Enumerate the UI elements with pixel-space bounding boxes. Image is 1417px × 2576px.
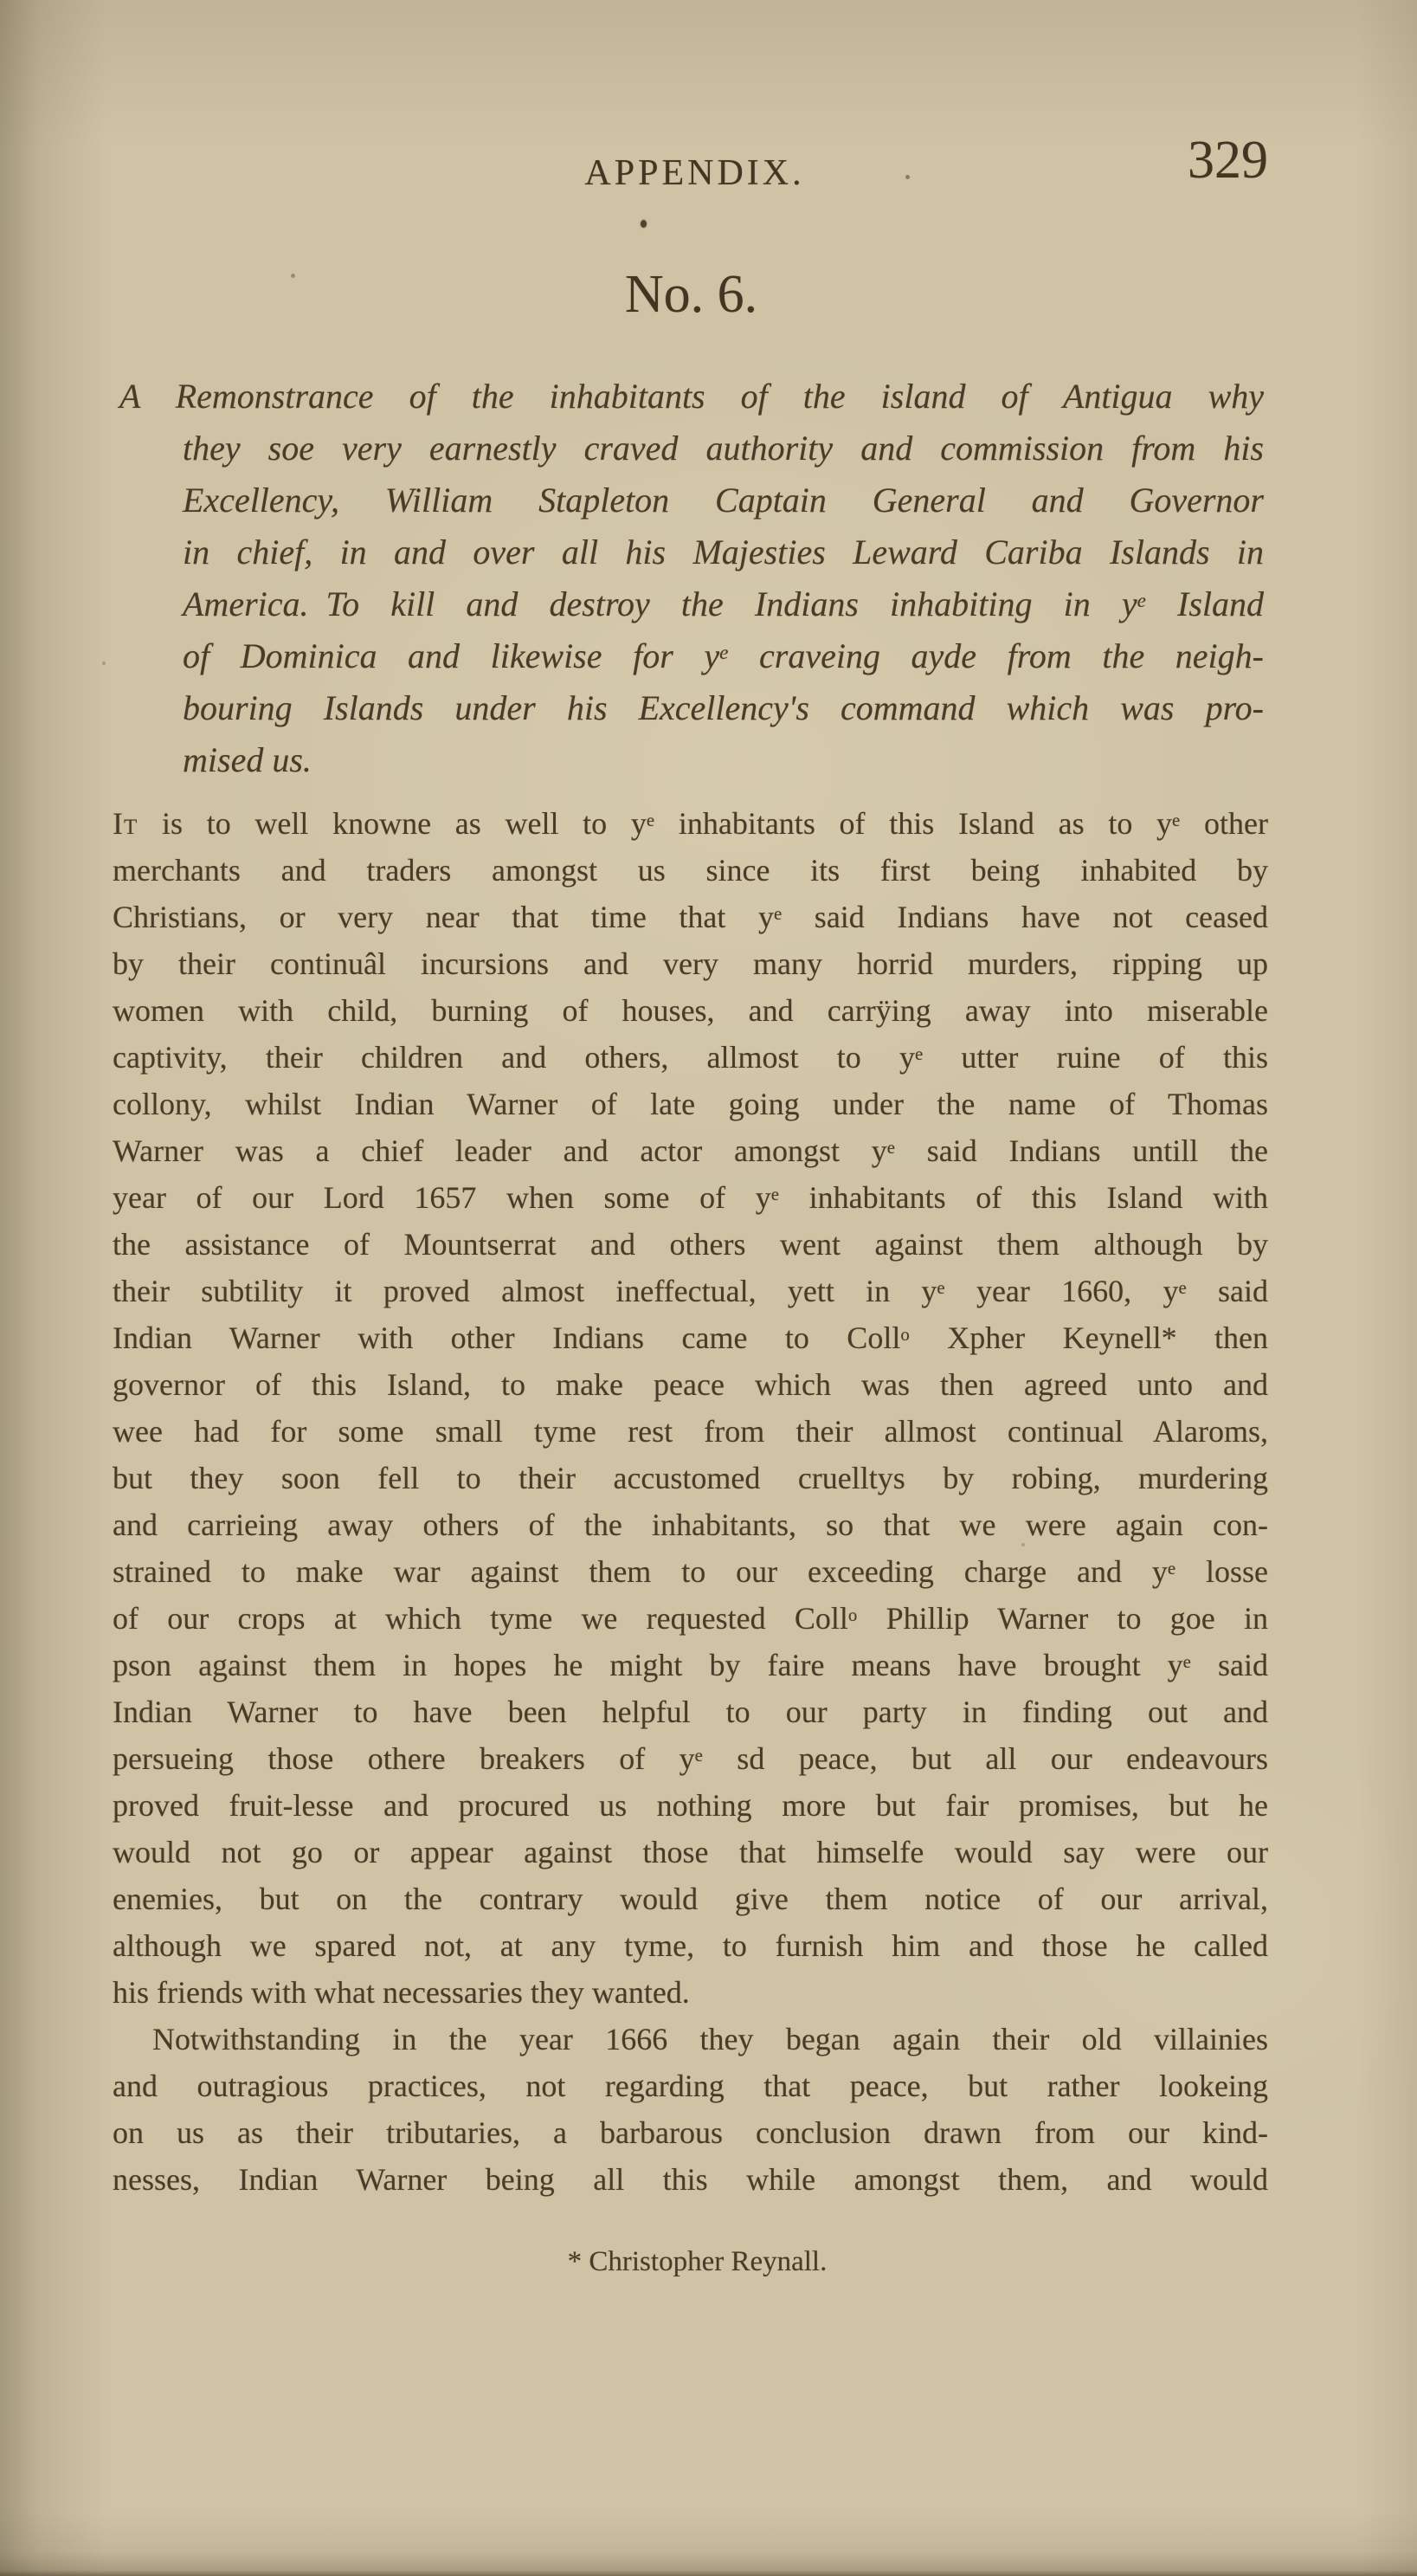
- text-line: of our crops at which tyme we requested …: [113, 1595, 1268, 1642]
- text-line: governor of this Island, to make peace w…: [113, 1361, 1268, 1408]
- book-page: APPENDIX. 329 No. 6. A Remonstrance of t…: [0, 0, 1417, 2576]
- text-line: merchants and traders amongst us since i…: [113, 847, 1268, 894]
- text-line: his friends with what necessaries they w…: [113, 1969, 1268, 2016]
- section-heading-text: No. 6.: [625, 265, 757, 324]
- text-line: Excellency, William Stapleton Captain Ge…: [183, 475, 1264, 526]
- text-line: Warner was a chief leader and actor amon…: [113, 1127, 1268, 1174]
- footnote: * Christopher Reynall.: [0, 2246, 1417, 2278]
- text-line: they soe very earnestly craved authority…: [183, 423, 1264, 475]
- document-body: It is to well knowne as well to ye inhab…: [113, 800, 1268, 2203]
- footnote-text: * Christopher Reynall.: [568, 2246, 828, 2277]
- text-line: Christians, or very near that time that …: [113, 894, 1268, 940]
- text-line: proved fruit-lesse and procured us nothi…: [113, 1782, 1268, 1829]
- text-line: but they soon fell to their accustomed c…: [113, 1455, 1268, 1501]
- text-line: pson against them in hopes he might by f…: [113, 1642, 1268, 1688]
- paper-speck: [102, 662, 106, 665]
- text-line: A Remonstrance of the inhabitants of the…: [119, 371, 1264, 423]
- text-line: and carrieing away others of the inhabit…: [113, 1501, 1268, 1548]
- text-line: captivity, their children and others, al…: [113, 1034, 1268, 1081]
- body-paragraph: Notwithstanding in the year 1666 they be…: [113, 2016, 1268, 2203]
- text-line: although we spared not, at any tyme, to …: [113, 1922, 1268, 1969]
- paper-speck: [905, 175, 910, 179]
- text-line: women with child, burning of houses, and…: [113, 987, 1268, 1034]
- text-line: on us as their tributaries, a barbarous …: [113, 2109, 1268, 2156]
- text-line: in chief, in and over all his Majesties …: [183, 526, 1264, 578]
- text-line: enemies, but on the contrary would give …: [113, 1876, 1268, 1922]
- text-line: and outragious practices, not regarding …: [113, 2063, 1268, 2109]
- page-number: 329: [1188, 130, 1268, 191]
- text-line: the assistance of Mountserrat and others…: [113, 1221, 1268, 1268]
- document-title-paragraph: A Remonstrance of the inhabitants of the…: [119, 371, 1264, 786]
- section-heading: No. 6.: [0, 265, 1417, 324]
- text-line: would not go or appear against those tha…: [113, 1829, 1268, 1876]
- body-paragraph: It is to well knowne as well to ye inhab…: [113, 800, 1268, 2016]
- text-line: bouring Islands under his Excellency's c…: [183, 682, 1264, 734]
- text-line: America. To kill and destroy the Indians…: [183, 578, 1264, 630]
- paper-speck: [641, 220, 647, 228]
- text-line: their subtility it proved almost ineffec…: [113, 1268, 1268, 1314]
- text-line: wee had for some small tyme rest from th…: [113, 1408, 1268, 1455]
- text-line: Indian Warner with other Indians came to…: [113, 1314, 1268, 1361]
- text-line: collony, whilst Indian Warner of late go…: [113, 1081, 1268, 1127]
- text-line: persueing those othere breakers of ye sd…: [113, 1735, 1268, 1782]
- text-line: It is to well knowne as well to ye inhab…: [113, 800, 1268, 847]
- text-line: of Dominica and likewise for ye craveing…: [183, 630, 1264, 682]
- text-line: Indian Warner to have been helpful to ou…: [113, 1688, 1268, 1735]
- text-line: mised us.: [183, 734, 1264, 786]
- text-line: year of our Lord 1657 when some of ye in…: [113, 1174, 1268, 1221]
- text-line: strained to make war against them to our…: [113, 1548, 1268, 1595]
- text-line: nesses, Indian Warner being all this whi…: [113, 2156, 1268, 2203]
- text-line: by their continuâl incursions and very m…: [113, 940, 1268, 987]
- running-head-text: APPENDIX.: [584, 153, 804, 193]
- text-line: Notwithstanding in the year 1666 they be…: [113, 2016, 1268, 2063]
